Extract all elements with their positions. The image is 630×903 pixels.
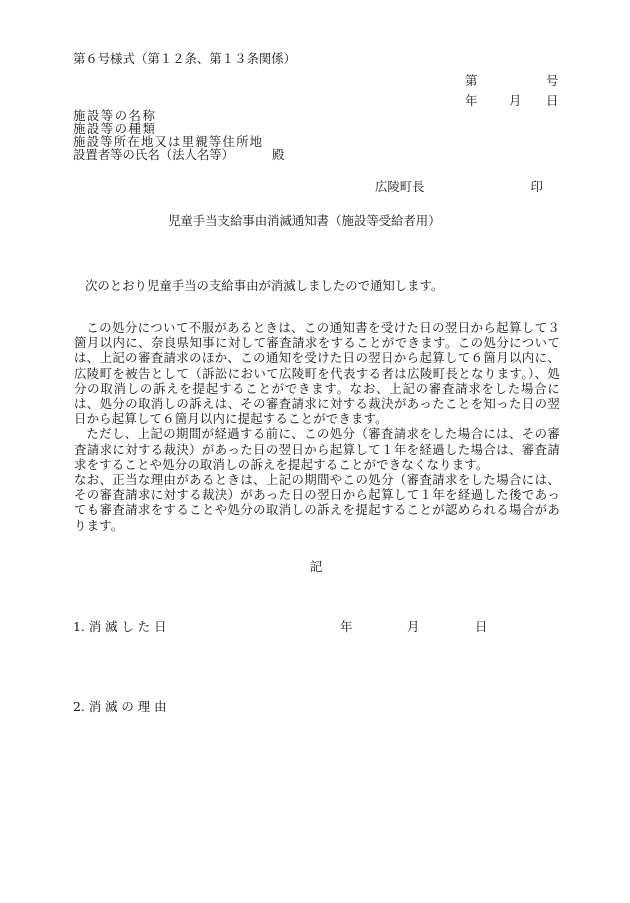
- owner-name-row: 設置者等の氏名（法人名等） 殿: [73, 148, 284, 161]
- owner-name-label: 設置者等の氏名（法人名等）: [73, 147, 234, 162]
- doc-date-month: 月: [509, 91, 521, 109]
- notice-paragraph: ただし、上記の期間が経過する前に、この処分（審査請求をした場合には、その審査請求…: [74, 426, 560, 472]
- item-reason-label: 2. 消 滅 の 理 由: [73, 699, 166, 714]
- notice-paragraph: なお、正当な理由があるときは、上記の期間やこの処分（審査請求をした場合には、その…: [74, 472, 560, 533]
- doc-date-year: 年: [465, 91, 477, 109]
- issuer-name: 広陵町長: [375, 179, 425, 194]
- item-reason: 2. 消 滅 の 理 由: [73, 697, 166, 715]
- item-date-month: 月: [407, 617, 419, 635]
- intro-text: 次のとおり児童手当の支給事由が消滅しましたので通知します。: [85, 276, 443, 294]
- recipient-block: 施設等の名称 施設等の種類 施設等所在地又は里親等住所地 設置者等の氏名（法人名…: [73, 109, 284, 161]
- item-date-label: 1. 消 滅 し た 日: [73, 619, 166, 634]
- doc-date-day: 日: [546, 91, 558, 109]
- item-date-year: 年: [340, 617, 352, 635]
- form-number: 第６号様式（第１２条、第１３条関係）: [73, 49, 296, 67]
- doc-number-prefix: 第: [465, 71, 477, 89]
- item-date: 1. 消 滅 し た 日 年 月 日: [73, 617, 493, 635]
- seal-mark: 印: [531, 179, 543, 194]
- notice-body: この処分について不服があるときは、この通知書を受けた日の翌日から起算して３箇月以…: [74, 320, 560, 533]
- doc-number-suffix: 号: [546, 71, 558, 89]
- notice-paragraph: この処分について不服があるときは、この通知書を受けた日の翌日から起算して３箇月以…: [74, 320, 560, 426]
- ki-heading: 記: [310, 557, 322, 575]
- item-date-day: 日: [475, 617, 487, 635]
- honorific: 殿: [272, 147, 284, 162]
- issuer: 広陵町長 印: [375, 177, 543, 195]
- document-title: 児童手当支給事由消滅通知書（施設等受給者用）: [168, 211, 441, 229]
